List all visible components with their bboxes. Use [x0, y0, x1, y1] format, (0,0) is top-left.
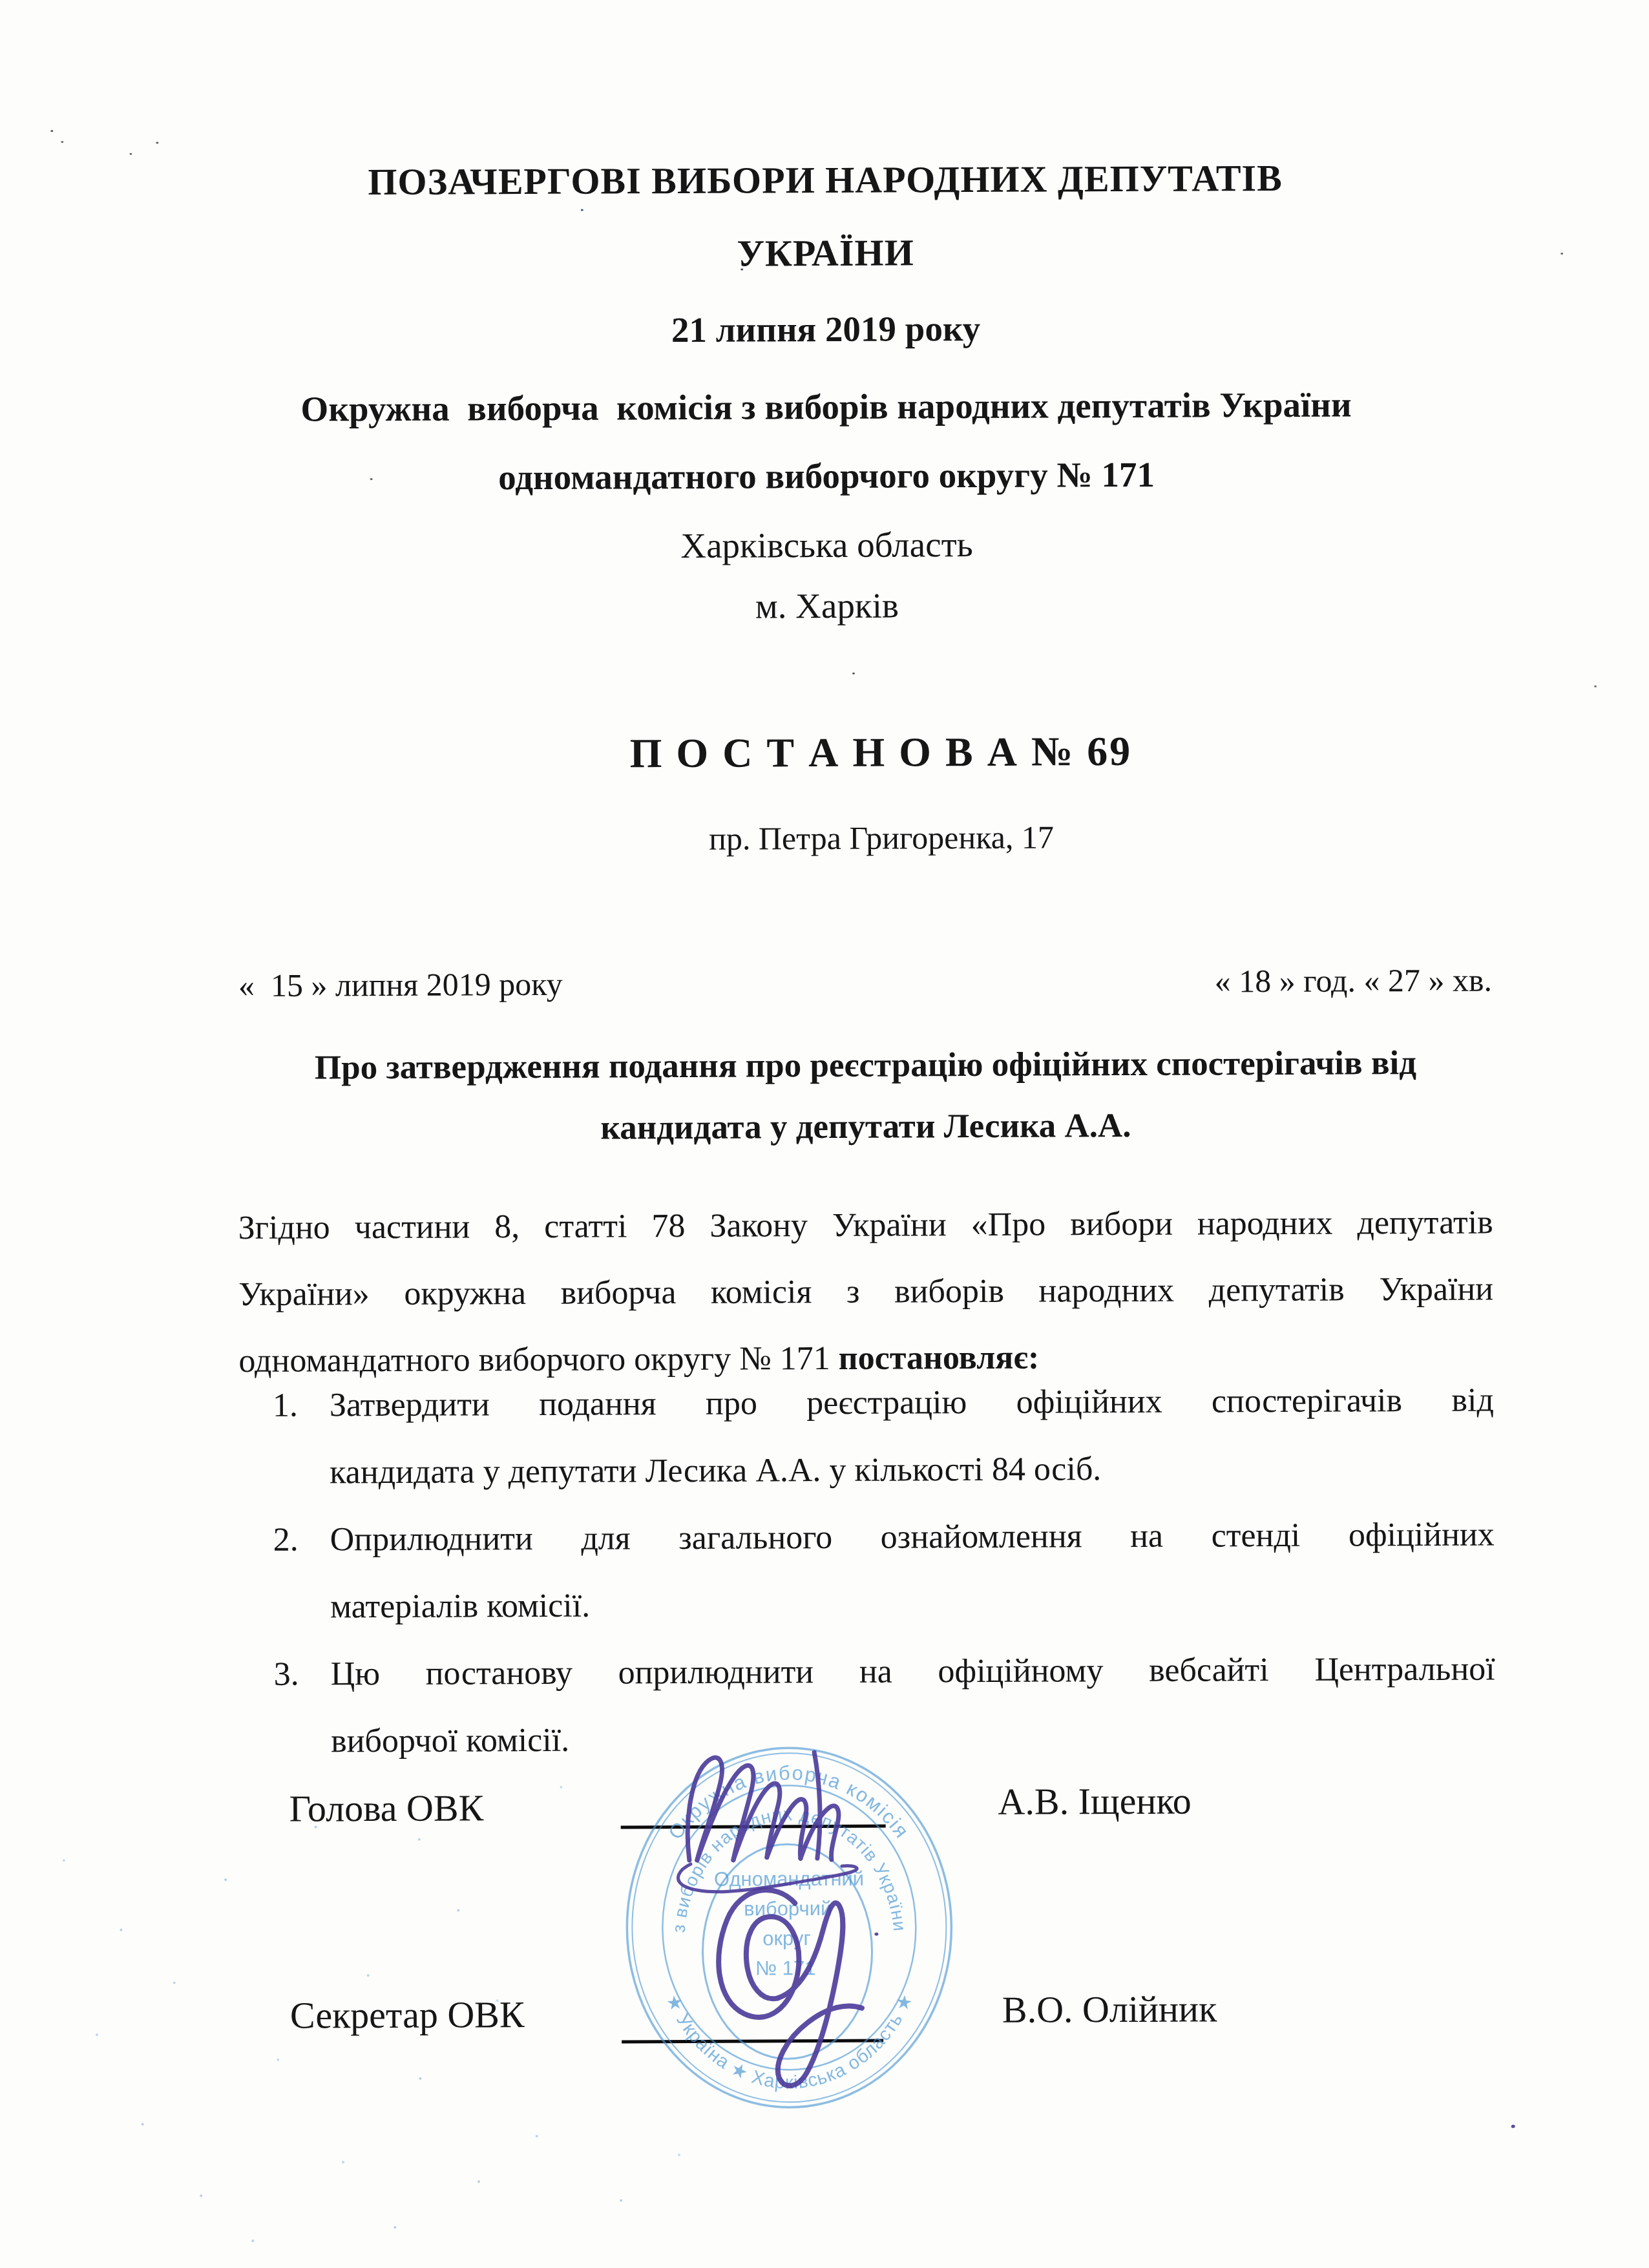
resolution-address: пр. Петра Григоренка, 17 — [270, 816, 1493, 859]
item-number: 1. — [273, 1372, 330, 1506]
resolution-subject: Про затвердження подання про реєстрацію … — [238, 1032, 1493, 1160]
subject-line1: Про затвердження подання про реєстрацію … — [238, 1032, 1492, 1098]
chairman-signature — [678, 1752, 857, 1892]
resolution-heading: П О С Т А Н О В А № 69 — [269, 726, 1492, 779]
commission-name-line2: одномандатного виборчого округу № 171 — [162, 452, 1491, 499]
chairman-name: А.В. Іщенко — [998, 1780, 1191, 1823]
item-line: Затвердити подання про реєстрацію офіцій… — [330, 1367, 1494, 1439]
item-text: Оприлюднити для загального ознайомлення … — [330, 1501, 1495, 1641]
secretary-name: В.О. Олійник — [1002, 1987, 1217, 2031]
resolution-items: 1. Затвердити подання про реєстрацію офі… — [273, 1367, 1496, 1775]
subject-line2: кандидата у депутати Лесика А.А. — [239, 1093, 1493, 1160]
list-item: 1. Затвердити подання про реєстрацію офі… — [273, 1367, 1495, 1506]
secretary-role-label: Секретар ОВК — [290, 1993, 525, 2037]
handwritten-signatures — [649, 1718, 1013, 2120]
city-name: м. Харків — [162, 582, 1491, 629]
commission-name-line1: Окружна виборча комісія з виборів народн… — [162, 383, 1491, 430]
intro-line1: Згідно частини 8, статті 78 Закону Украї… — [238, 1189, 1493, 1261]
document-title-line2: УКРАЇНИ — [161, 228, 1490, 277]
item-line: Цю постанову оприлюднити на офіційному в… — [330, 1635, 1495, 1708]
election-date: 21 липня 2019 року — [161, 306, 1490, 352]
item-text: Затвердити подання про реєстрацію офіцій… — [330, 1367, 1495, 1506]
resolution-dateline: « 15 » липня 2019 року « 18 » год. « 27 … — [238, 961, 1492, 1003]
intro-paragraph: Згідно частини 8, статті 78 Закону Украї… — [238, 1189, 1493, 1394]
document-sheet: ПОЗАЧЕРГОВІ ВИБОРИ НАРОДНИХ ДЕПУТАТІВ УК… — [0, 0, 1649, 2268]
item-line: кандидата у депутати Лесика А.А. у кільк… — [330, 1434, 1494, 1506]
chairman-role-label: Голова ОВК — [289, 1786, 483, 1830]
resolution-time: « 18 » год. « 27 » хв. — [1214, 961, 1492, 1000]
region-name: Харківська область — [162, 521, 1491, 568]
list-item: 2. Оприлюднити для загального ознайомлен… — [273, 1501, 1495, 1641]
resolution-date: « 15 » липня 2019 року — [238, 965, 563, 1004]
item-line: матеріалів комісії. — [330, 1568, 1495, 1641]
item-number: 3. — [273, 1641, 331, 1775]
item-line: Оприлюднити для загального ознайомлення … — [330, 1501, 1495, 1573]
scanned-document-page: ПОЗАЧЕРГОВІ ВИБОРИ НАРОДНИХ ДЕПУТАТІВ УК… — [0, 0, 1649, 2268]
document-title-line1: ПОЗАЧЕРГОВІ ВИБОРИ НАРОДНИХ ДЕПУТАТІВ — [160, 155, 1489, 204]
intro-line2: України» окружна виборча комісія з вибор… — [238, 1255, 1493, 1327]
secretary-signature — [719, 1889, 863, 2086]
item-number: 2. — [273, 1506, 331, 1641]
